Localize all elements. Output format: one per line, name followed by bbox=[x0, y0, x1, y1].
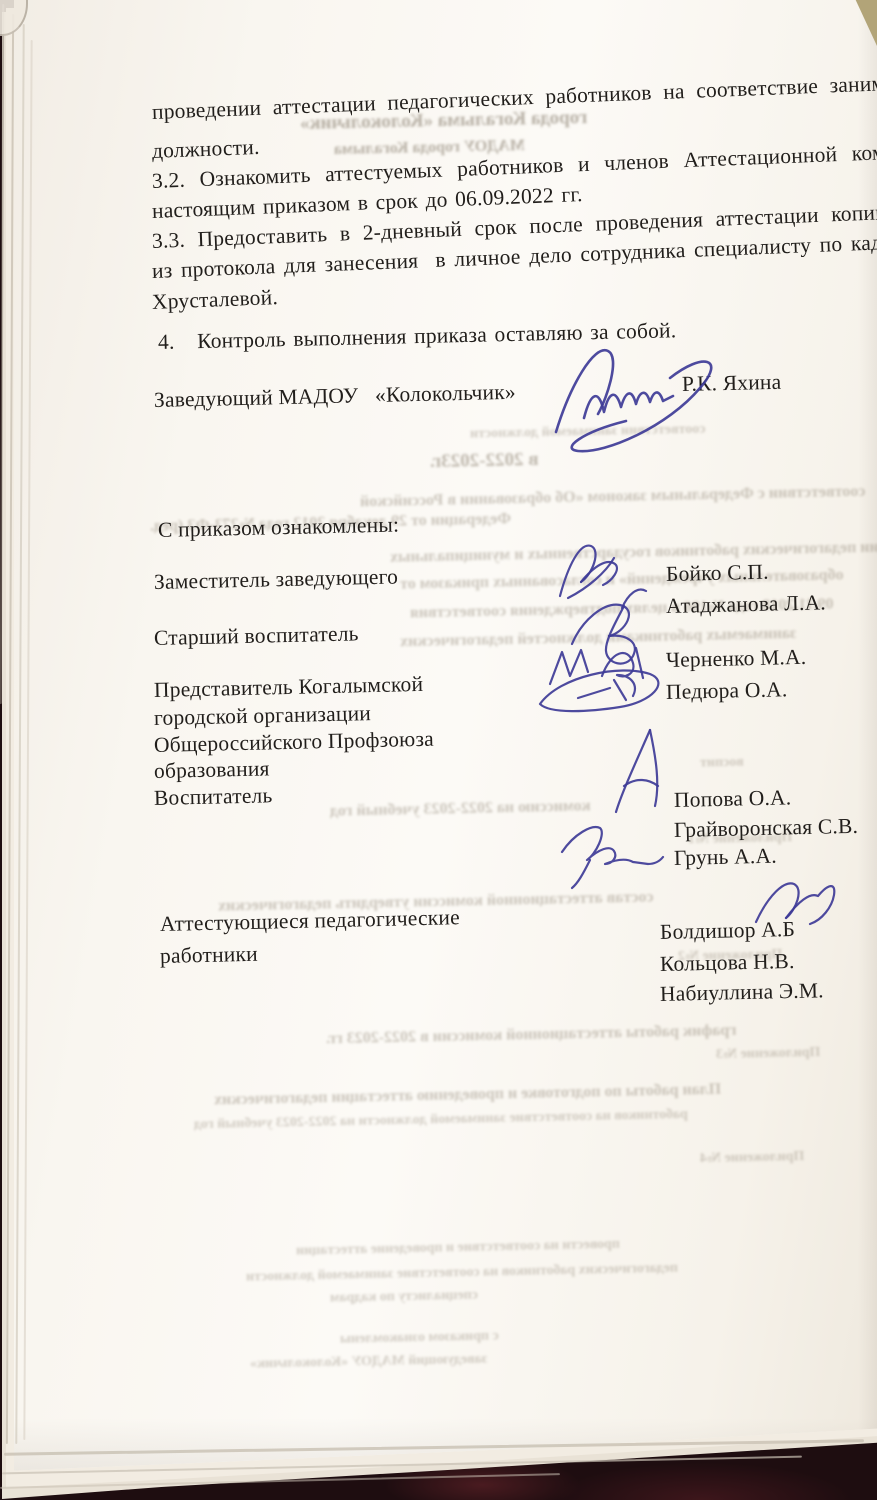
name-popova: Попова О.А. bbox=[674, 785, 792, 813]
role-union-rep-line: Общероссийского Профзоюза bbox=[154, 727, 434, 758]
role-union-rep-line: Воспитатель bbox=[154, 783, 273, 811]
body-line: должности. bbox=[152, 135, 261, 164]
signature-grun bbox=[554, 814, 676, 892]
ghost-text-line: график работы аттестационной комиссии в … bbox=[326, 1022, 737, 1049]
ghost-text-line: соответствии с Федеральным законом «Об о… bbox=[360, 483, 866, 512]
photo-background: города Когалыма «Колокольчик» МАДОУ горо… bbox=[0, 0, 877, 1500]
ghost-text-line: комиссию на 2022-2023 учебный год bbox=[330, 797, 591, 820]
ghost-text-line: специалисту по кадрам bbox=[330, 1287, 478, 1306]
role-attesting-line: работники bbox=[160, 942, 258, 969]
ghost-text-line: Приложение №3 bbox=[716, 1045, 821, 1063]
role-senior-teacher: Старший воспитатель bbox=[154, 621, 359, 651]
name-pedyura: Педюра О.А. bbox=[666, 677, 788, 705]
signature-pedyura bbox=[528, 660, 676, 722]
role-attesting-line: Аттестующиеся педагогические bbox=[160, 905, 460, 937]
role-deputy: Заместитель заведующего bbox=[154, 564, 399, 595]
ghost-text-line: в 2022-2023г. bbox=[430, 449, 539, 473]
ghost-text-line: План работы по подготовке и проведению а… bbox=[214, 1081, 721, 1110]
ghost-text-line: воспит bbox=[700, 755, 744, 772]
ghost-text-line: педагогических работников на соответстви… bbox=[246, 1260, 678, 1285]
signature-boldishor bbox=[746, 872, 846, 942]
name-boyko: Бойко С.П. bbox=[666, 560, 769, 587]
ghost-text-line: Приложение №4 bbox=[700, 1149, 805, 1167]
role-union-rep-line: городской организации bbox=[154, 701, 372, 731]
signature-popova bbox=[604, 724, 689, 824]
ghost-text-line: работников на соответствие занимаемой до… bbox=[194, 1107, 688, 1133]
body-line: Хрусталевой. bbox=[152, 285, 279, 315]
name-nabiullina: Набиуллина Э.М. bbox=[660, 978, 824, 1007]
ack-heading: С приказом ознакомлены: bbox=[158, 513, 400, 543]
name-grayvoronskaya: Грайворонская С.В. bbox=[674, 814, 859, 843]
ghost-text-line: с приказом ознакомлены bbox=[340, 1328, 499, 1347]
director-role: Заведующий МАДОУ «Колокольчик» bbox=[154, 380, 516, 413]
signature-yakhina bbox=[548, 334, 763, 469]
ghost-text-line: заведующий МАДОУ «Колокольчик» bbox=[250, 1352, 488, 1373]
name-atadzhanova: Атаджанова Л.А. bbox=[666, 590, 826, 619]
name-grun: Грунь А.А. bbox=[674, 844, 777, 871]
ghost-text-line: провести на соответствие и проведение ат… bbox=[296, 1237, 620, 1260]
name-chernenko: Черненко М.А. bbox=[666, 645, 807, 673]
document-page: города Когалыма «Колокольчик» МАДОУ горо… bbox=[14, 0, 877, 1478]
name-koltsova: Кольцова Н.В. bbox=[660, 949, 795, 977]
role-union-rep-line: Представитель Когалымской bbox=[154, 672, 424, 703]
role-union-rep-line: образования bbox=[154, 756, 270, 784]
